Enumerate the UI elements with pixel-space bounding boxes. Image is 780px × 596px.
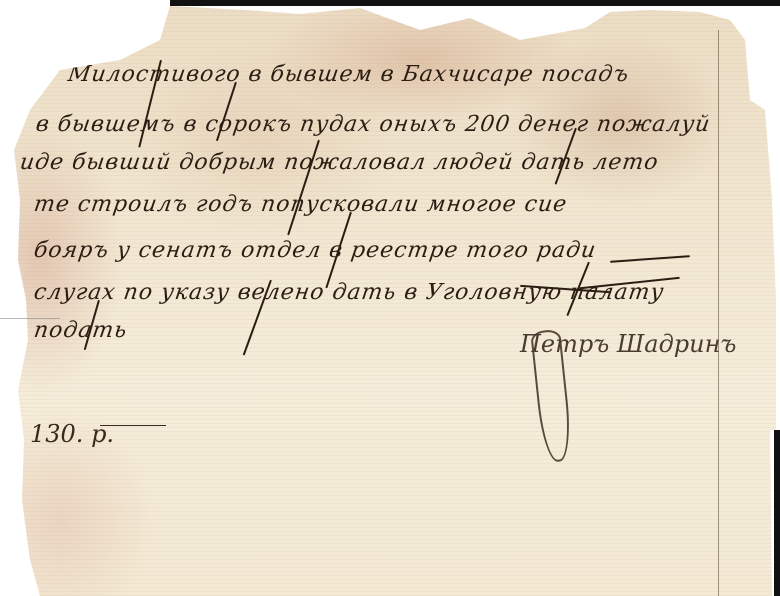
text-line-7: подать [32, 318, 129, 343]
text-line-1: Милостивого в бывшем в Бахчисаре посадъ [66, 62, 631, 87]
margin-note-underline [100, 425, 166, 426]
margin-rule [718, 30, 719, 596]
text-line-5: бояръ у сенатъ отдел в реестре того ради [32, 238, 598, 263]
scan-edge-line [0, 318, 60, 319]
signature: Петръ Шадринъ [520, 330, 736, 358]
manuscript-page: Милостивого в бывшем в Бахчисаре посадъ … [0, 0, 780, 596]
scan-border-right [774, 430, 780, 596]
text-line-2: в бывшемъ в сорокъ пудах оныхъ 200 денег… [34, 112, 712, 137]
scan-border-top [170, 0, 780, 6]
line-end-flourish [610, 255, 690, 263]
